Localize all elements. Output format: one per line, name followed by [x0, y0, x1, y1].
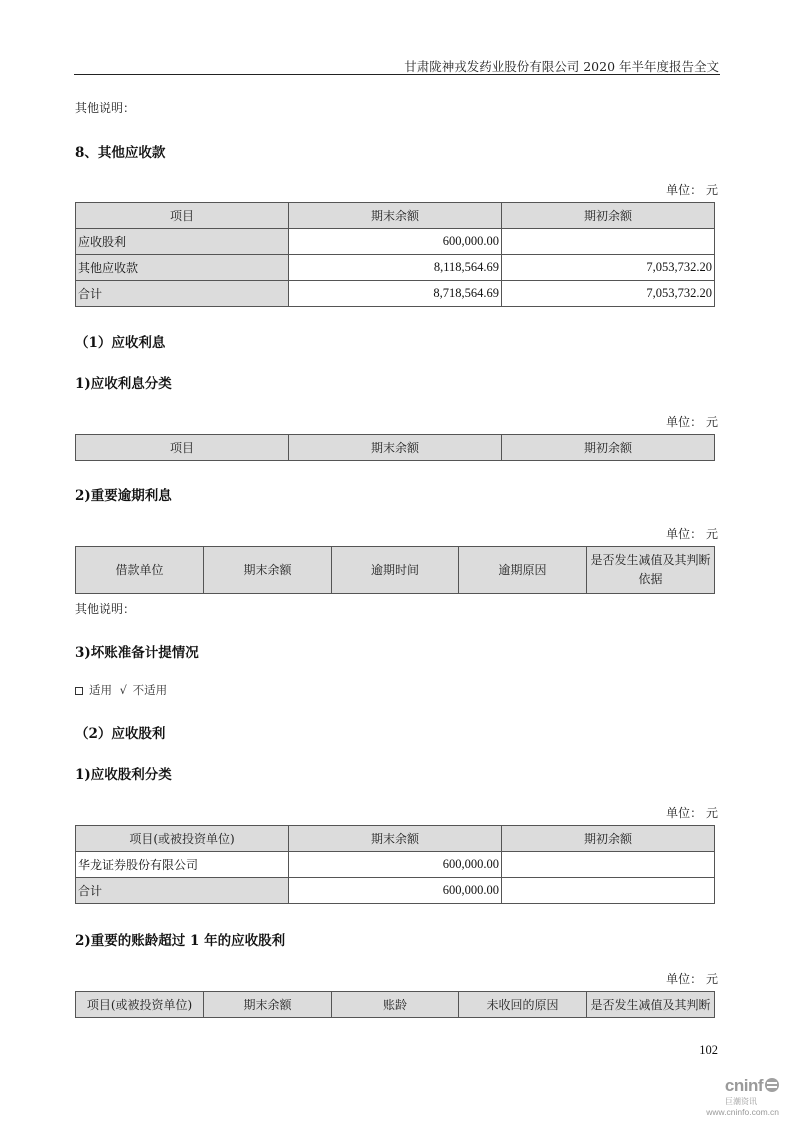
aged-dividends-title: 2)重要的账龄超过 1 年的应收股利	[75, 929, 285, 949]
row-label: 应收股利	[76, 229, 289, 255]
ending-balance: 600,000.00	[289, 878, 502, 904]
other-notes-label: 其他说明：	[75, 99, 135, 116]
applicability-options: 适用 √ 不适用	[75, 682, 167, 698]
table-header-row: 项目(或被投资单位) 期末余额 期初余额	[76, 826, 715, 852]
column-header: 期末余额	[289, 203, 502, 229]
unit-label: 单位： 元	[666, 413, 718, 430]
column-header: 借款单位	[76, 547, 204, 594]
column-header: 是否发生减值及其判断	[587, 992, 715, 1018]
ending-balance: 600,000.00	[289, 852, 502, 878]
column-header: 未收回的原因	[459, 992, 587, 1018]
table-header-row: 项目 期末余额 期初余额	[76, 203, 715, 229]
other-receivables-table: 项目 期末余额 期初余额 应收股利 600,000.00 其他应收款 8,118…	[75, 202, 715, 307]
ending-balance: 600,000.00	[289, 229, 502, 255]
column-header: 是否发生减值及其判断依据	[587, 547, 715, 594]
investee-name: 华龙证券股份有限公司	[76, 852, 289, 878]
cninfo-logo: cninf 巨潮资讯 www.cninfo.com.cn	[706, 1076, 779, 1117]
table-header-row: 项目(或被投资单位) 期末余额 账龄 未收回的原因 是否发生减值及其判断	[76, 992, 715, 1018]
unit-label: 单位： 元	[666, 525, 718, 542]
subsection-title-interest-receivable: （1）应收利息	[75, 331, 165, 351]
table-row: 其他应收款 8,118,564.69 7,053,732.20	[76, 255, 715, 281]
unit-label: 单位： 元	[666, 804, 718, 821]
opening-balance: 7,053,732.20	[502, 255, 715, 281]
opening-balance	[502, 852, 715, 878]
column-header: 逾期时间	[332, 547, 459, 594]
column-header: 项目	[76, 435, 289, 461]
header-divider	[74, 74, 720, 75]
subsection-title-dividends-receivable: （2）应收股利	[75, 722, 165, 742]
page-number: 102	[699, 1043, 718, 1058]
column-header: 项目(或被投资单位)	[76, 826, 289, 852]
column-header: 项目	[76, 203, 289, 229]
opening-balance	[502, 878, 715, 904]
table-row-total: 合计 600,000.00	[76, 878, 715, 904]
document-header-title: 甘肃陇神戎发药业股份有限公司 2020 年半年度报告全文	[404, 57, 719, 75]
option-applicable: 适用	[89, 683, 112, 697]
opening-balance: 7,053,732.20	[502, 281, 715, 307]
table-header-row: 借款单位 期末余额 逾期时间 逾期原因 是否发生减值及其判断依据	[76, 547, 715, 594]
table-row-total: 合计 8,718,564.69 7,053,732.20	[76, 281, 715, 307]
table-row: 华龙证券股份有限公司 600,000.00	[76, 852, 715, 878]
logo-brand: cninf	[725, 1076, 763, 1095]
bad-debt-provision-title: 3)坏账准备计提情况	[75, 641, 199, 661]
logo-chinese-name: 巨潮资讯	[706, 1096, 757, 1107]
logo-url: www.cninfo.com.cn	[706, 1107, 779, 1117]
column-header: 账龄	[332, 992, 459, 1018]
checkmark-icon: √	[120, 683, 127, 697]
aged-dividends-table: 项目(或被投资单位) 期末余额 账龄 未收回的原因 是否发生减值及其判断	[75, 991, 715, 1018]
column-header: 期末余额	[289, 435, 502, 461]
interest-classification-title: 1)应收利息分类	[75, 372, 172, 392]
column-header: 期初余额	[502, 435, 715, 461]
other-notes-label: 其他说明：	[75, 600, 135, 617]
option-not-applicable: 不适用	[133, 683, 168, 697]
checkbox-empty-icon	[75, 687, 83, 695]
dividends-classification-title: 1)应收股利分类	[75, 763, 172, 783]
column-header: 期末余额	[204, 547, 332, 594]
cninfo-mark-icon	[765, 1078, 779, 1092]
interest-classification-table: 项目 期末余额 期初余额	[75, 434, 715, 461]
row-label: 合计	[76, 878, 289, 904]
table-row: 应收股利 600,000.00	[76, 229, 715, 255]
column-header: 逾期原因	[459, 547, 587, 594]
column-header: 期末余额	[204, 992, 332, 1018]
row-label: 合计	[76, 281, 289, 307]
overdue-interest-table: 借款单位 期末余额 逾期时间 逾期原因 是否发生减值及其判断依据	[75, 546, 715, 594]
unit-label: 单位： 元	[666, 181, 718, 198]
dividends-classification-table: 项目(或被投资单位) 期末余额 期初余额 华龙证券股份有限公司 600,000.…	[75, 825, 715, 904]
ending-balance: 8,118,564.69	[289, 255, 502, 281]
column-header: 期初余额	[502, 203, 715, 229]
column-header: 项目(或被投资单位)	[76, 992, 204, 1018]
unit-label: 单位： 元	[666, 970, 718, 987]
row-label: 其他应收款	[76, 255, 289, 281]
section-title-other-receivables: 8、其他应收款	[75, 141, 165, 161]
opening-balance	[502, 229, 715, 255]
ending-balance: 8,718,564.69	[289, 281, 502, 307]
overdue-interest-title: 2)重要逾期利息	[75, 484, 172, 504]
table-header-row: 项目 期末余额 期初余额	[76, 435, 715, 461]
column-header: 期末余额	[289, 826, 502, 852]
column-header: 期初余额	[502, 826, 715, 852]
